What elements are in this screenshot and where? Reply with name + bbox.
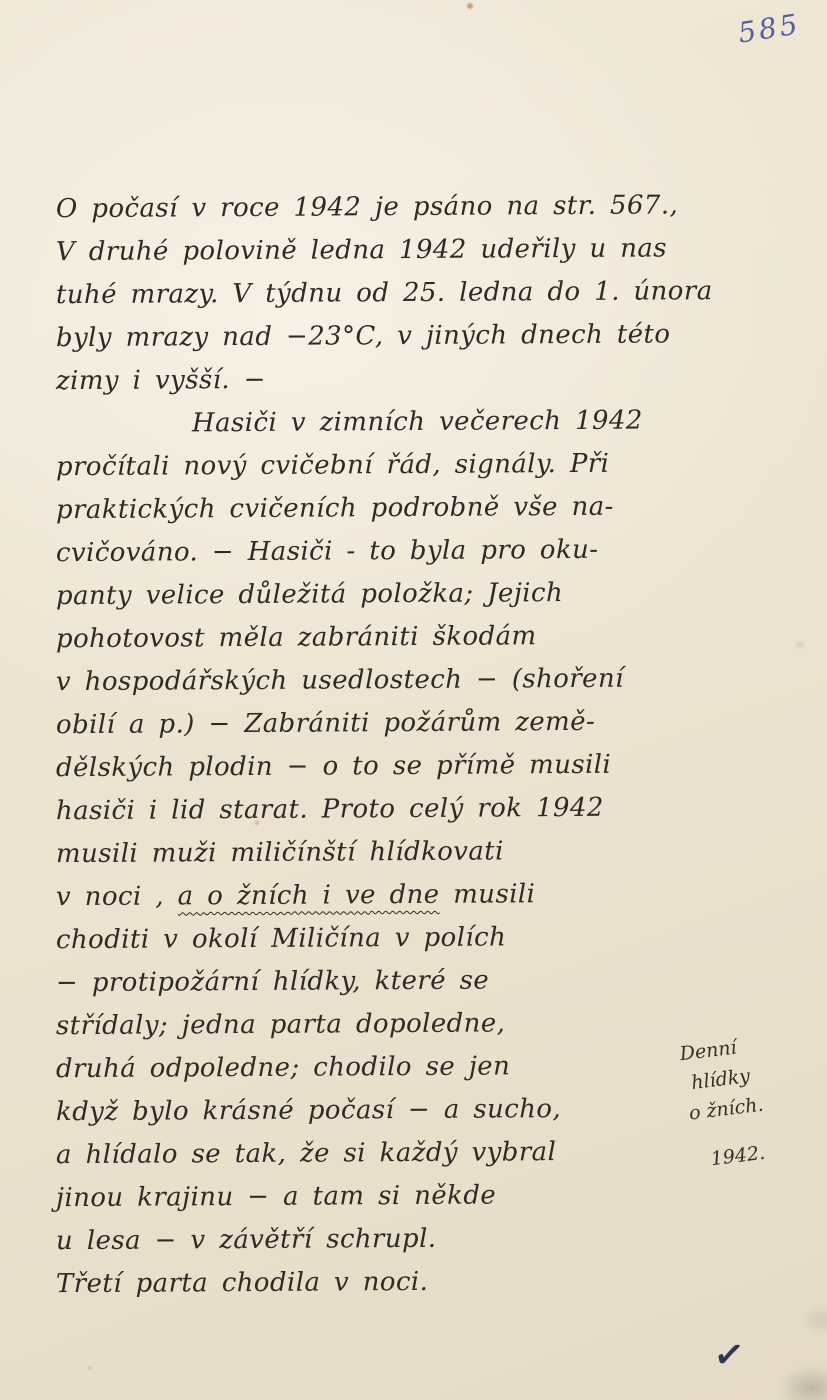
manuscript-line: pohotovost měla zabrániti škodám [56, 614, 766, 661]
manuscript-line: a hlídalo se tak, že si každý vybral [56, 1130, 766, 1177]
manuscript-line: tuhé mrazy. V týdnu od 25. ledna do 1. ú… [56, 270, 766, 317]
manuscript-line: praktických cvičeních podrobně vše na- [56, 485, 766, 532]
manuscript-line: v noci , a o žních i ve dne musili [56, 872, 766, 919]
manuscript-line: pročítali nový cvičební řád, signály. Př… [56, 442, 766, 489]
page-number: 585 [736, 7, 803, 49]
manuscript-line: zimy i vyšší. − [56, 356, 766, 403]
manuscript-line: jinou krajinu − a tam si někde [56, 1173, 766, 1220]
manuscript-line: musili muži miličínští hlídkovati [56, 829, 766, 876]
underlined-phrase: a o žních i ve dne [178, 880, 440, 912]
manuscript-line: hasiči i lid starat. Proto celý rok 1942 [56, 786, 766, 833]
manuscript-line: choditi v okolí Miličína v polích [56, 915, 766, 962]
manuscript-line: obilí a p.) − Zabrániti požárům země- [56, 700, 766, 747]
manuscript-line: V druhé polovině ledna 1942 udeřily u na… [56, 227, 766, 274]
manuscript-text: O počasí v roce 1942 je psáno na str. 56… [56, 186, 766, 1304]
manuscript-line: dělských plodin − o to se přímě musili [56, 743, 766, 790]
manuscript-line: O počasí v roce 1942 je psáno na str. 56… [56, 184, 766, 231]
manuscript-page: 585 O počasí v roce 1942 je psáno na str… [0, 0, 827, 1400]
manuscript-line: panty velice důležitá položka; Jejich [56, 571, 766, 618]
check-mark-icon: ✓ [712, 1332, 747, 1377]
manuscript-line: − protipožární hlídky, které se [56, 958, 766, 1005]
manuscript-line: byly mrazy nad −23°C, v jiných dnech tét… [56, 313, 766, 360]
manuscript-line: Hasiči v zimních večerech 1942 [56, 399, 766, 446]
manuscript-line: v hospodářských usedlostech − (shoření [56, 657, 766, 704]
manuscript-line: když bylo krásné počasí − a sucho, [56, 1087, 766, 1134]
manuscript-line: Třetí parta chodila v noci. [56, 1259, 766, 1306]
manuscript-line: střídaly; jedna parta dopoledne, [56, 1001, 766, 1048]
manuscript-line: druhá odpoledne; chodilo se jen [56, 1044, 766, 1091]
manuscript-line-segment: musili [439, 879, 535, 910]
manuscript-line: u lesa − v závětří schrupl. [56, 1216, 766, 1263]
manuscript-line: cvičováno. − Hasiči - to byla pro oku- [56, 528, 766, 575]
margin-note: Denní hlídky o žních. 1942. [670, 1025, 816, 1178]
manuscript-line-segment: v noci , [56, 881, 178, 912]
